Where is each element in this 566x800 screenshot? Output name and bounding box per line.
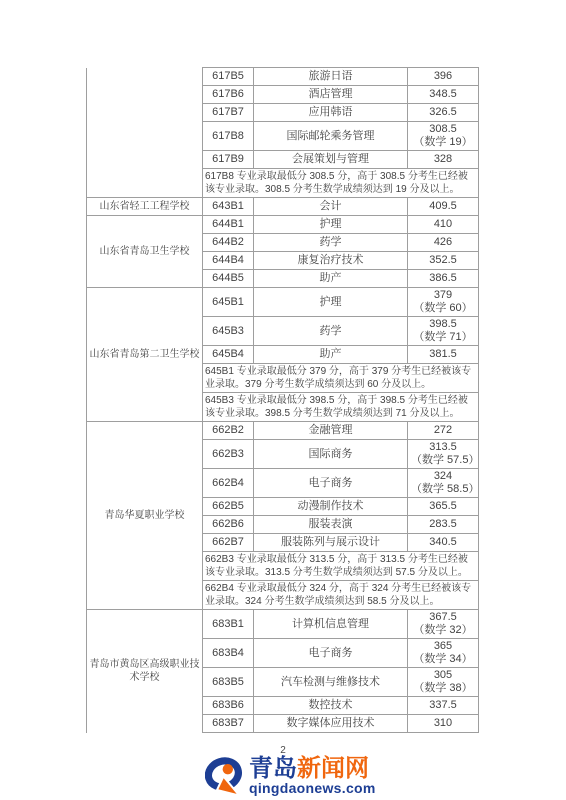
score-cell: 379（数学 60） xyxy=(408,288,479,317)
major-cell: 服装表演 xyxy=(254,516,408,534)
code-cell: 683B7 xyxy=(203,715,254,733)
qingdaonews-logo: 青岛新闻网 qingdaonews.com xyxy=(205,756,376,800)
score-cell: 426 xyxy=(408,234,479,252)
score-table-body: 617B5旅游日语396617B6酒店管理348.5617B7应用韩语326.5… xyxy=(87,68,479,733)
score-math-requirement: （数学 60） xyxy=(411,302,475,315)
code-cell: 683B1 xyxy=(203,610,254,639)
code-cell: 617B5 xyxy=(203,68,254,86)
table-row: 山东省青岛卫生学校644B1护理410 xyxy=(87,216,479,234)
note-cell: 645B1 专业录取最低分 379 分，高于 379 分考生已经被该专业录取。3… xyxy=(203,364,479,393)
score-value: 348.5 xyxy=(411,88,475,101)
code-cell: 644B4 xyxy=(203,252,254,270)
code-cell: 645B3 xyxy=(203,317,254,346)
score-value: 396 xyxy=(411,70,475,83)
score-cell: 272 xyxy=(408,422,479,440)
major-cell: 国际邮轮乘务管理 xyxy=(254,122,408,151)
logo-text: 青岛新闻网 qingdaonews.com xyxy=(249,756,376,796)
school-name-cell: 山东省青岛第二卫生学校 xyxy=(87,288,203,422)
logo-title-cn-orange: 新闻网 xyxy=(297,755,369,782)
major-cell: 助产 xyxy=(254,346,408,364)
note-cell: 617B8 专业录取最低分 308.5 分，高于 308.5 分考生已经被该专业… xyxy=(203,169,479,198)
major-cell: 数控技术 xyxy=(254,697,408,715)
school-name-cell xyxy=(87,68,203,198)
score-math-requirement: （数学 34） xyxy=(411,653,475,666)
score-cell: 326.5 xyxy=(408,104,479,122)
document-page: 617B5旅游日语396617B6酒店管理348.5617B7应用韩语326.5… xyxy=(0,0,566,800)
score-math-requirement: （数学 58.5） xyxy=(411,483,475,496)
table-row: 山东省轻工工程学校643B1会计409.5 xyxy=(87,198,479,216)
major-cell: 药学 xyxy=(254,234,408,252)
score-cell: 348.5 xyxy=(408,86,479,104)
note-cell: 645B3 专业录取最低分 398.5 分，高于 398.5 分考生已经被该专业… xyxy=(203,393,479,422)
major-cell: 酒店管理 xyxy=(254,86,408,104)
code-cell: 644B2 xyxy=(203,234,254,252)
score-cell: 310 xyxy=(408,715,479,733)
major-cell: 国际商务 xyxy=(254,440,408,469)
code-cell: 662B5 xyxy=(203,498,254,516)
code-cell: 617B6 xyxy=(203,86,254,104)
code-cell: 683B5 xyxy=(203,668,254,697)
major-cell: 数字媒体应用技术 xyxy=(254,715,408,733)
score-math-requirement: （数学 19） xyxy=(411,136,475,149)
score-cell: 305（数学 38） xyxy=(408,668,479,697)
score-value: 381.5 xyxy=(411,348,475,361)
score-cell: 365（数学 34） xyxy=(408,639,479,668)
major-cell: 护理 xyxy=(254,288,408,317)
code-cell: 683B4 xyxy=(203,639,254,668)
table-row: 617B5旅游日语396 xyxy=(87,68,479,86)
score-cell: 381.5 xyxy=(408,346,479,364)
score-cell: 328 xyxy=(408,151,479,169)
score-cell: 313.5（数学 57.5） xyxy=(408,440,479,469)
logo-title: 青岛新闻网 xyxy=(249,756,376,782)
code-cell: 644B1 xyxy=(203,216,254,234)
score-cell: 340.5 xyxy=(408,534,479,552)
code-cell: 644B5 xyxy=(203,270,254,288)
school-name-cell: 青岛华夏职业学校 xyxy=(87,422,203,610)
major-cell: 旅游日语 xyxy=(254,68,408,86)
q-dot xyxy=(223,764,233,774)
score-cell: 352.5 xyxy=(408,252,479,270)
major-cell: 计算机信息管理 xyxy=(254,610,408,639)
score-cell: 365.5 xyxy=(408,498,479,516)
major-cell: 应用韩语 xyxy=(254,104,408,122)
score-cell: 398.5（数学 71） xyxy=(408,317,479,346)
score-value: 272 xyxy=(411,424,475,437)
score-value: 409.5 xyxy=(411,200,475,213)
score-value: 305 xyxy=(411,669,475,682)
major-cell: 会计 xyxy=(254,198,408,216)
score-value: 398.5 xyxy=(411,318,475,331)
code-cell: 662B2 xyxy=(203,422,254,440)
score-cell: 337.5 xyxy=(408,697,479,715)
major-cell: 药学 xyxy=(254,317,408,346)
code-cell: 683B6 xyxy=(203,697,254,715)
score-cell: 410 xyxy=(408,216,479,234)
code-cell: 617B8 xyxy=(203,122,254,151)
code-cell: 662B3 xyxy=(203,440,254,469)
major-cell: 动漫制作技术 xyxy=(254,498,408,516)
school-name-cell: 青岛市黄岛区高级职业技术学校 xyxy=(87,610,203,733)
note-cell: 662B4 专业录取最低分 324 分，高于 324 分考生已经被该专业录取。3… xyxy=(203,581,479,610)
score-value: 340.5 xyxy=(411,536,475,549)
code-cell: 617B7 xyxy=(203,104,254,122)
score-value: 365 xyxy=(411,640,475,653)
score-cell: 396 xyxy=(408,68,479,86)
major-cell: 汽车检测与维修技术 xyxy=(254,668,408,697)
major-cell: 电子商务 xyxy=(254,469,408,498)
score-value: 313.5 xyxy=(411,441,475,454)
code-cell: 645B1 xyxy=(203,288,254,317)
major-cell: 康复治疗技术 xyxy=(254,252,408,270)
score-math-requirement: （数学 71） xyxy=(411,331,475,344)
admission-score-table: 617B5旅游日语396617B6酒店管理348.5617B7应用韩语326.5… xyxy=(86,67,479,733)
major-cell: 会展策划与管理 xyxy=(254,151,408,169)
score-value: 326.5 xyxy=(411,106,475,119)
score-value: 352.5 xyxy=(411,254,475,267)
table-row: 山东省青岛第二卫生学校645B1护理379（数学 60） xyxy=(87,288,479,317)
logo-domain: qingdaonews.com xyxy=(249,781,376,796)
score-value: 283.5 xyxy=(411,518,475,531)
score-cell: 367.5（数学 32） xyxy=(408,610,479,639)
logo-title-cn-blue: 青岛 xyxy=(249,755,297,782)
score-math-requirement: （数学 38） xyxy=(411,682,475,695)
table-row: 青岛华夏职业学校662B2金融管理272 xyxy=(87,422,479,440)
note-cell: 662B3 专业录取最低分 313.5 分，高于 313.5 分考生已经被该专业… xyxy=(203,552,479,581)
score-value: 337.5 xyxy=(411,699,475,712)
code-cell: 643B1 xyxy=(203,198,254,216)
score-cell: 409.5 xyxy=(408,198,479,216)
score-cell: 308.5（数学 19） xyxy=(408,122,479,151)
score-value: 379 xyxy=(411,289,475,302)
code-cell: 662B7 xyxy=(203,534,254,552)
score-math-requirement: （数学 32） xyxy=(411,624,475,637)
score-value: 367.5 xyxy=(411,611,475,624)
school-name-cell: 山东省青岛卫生学校 xyxy=(87,216,203,288)
major-cell: 护理 xyxy=(254,216,408,234)
code-cell: 662B4 xyxy=(203,469,254,498)
code-cell: 662B6 xyxy=(203,516,254,534)
score-value: 410 xyxy=(411,218,475,231)
score-value: 324 xyxy=(411,470,475,483)
school-name-cell: 山东省轻工工程学校 xyxy=(87,198,203,216)
code-cell: 645B4 xyxy=(203,346,254,364)
score-value: 365.5 xyxy=(411,500,475,513)
score-value: 310 xyxy=(411,717,475,730)
major-cell: 助产 xyxy=(254,270,408,288)
major-cell: 服装陈列与展示设计 xyxy=(254,534,408,552)
qingdaonews-q-icon xyxy=(205,756,245,800)
score-cell: 283.5 xyxy=(408,516,479,534)
score-value: 426 xyxy=(411,236,475,249)
score-value: 328 xyxy=(411,153,475,166)
major-cell: 金融管理 xyxy=(254,422,408,440)
score-value: 386.5 xyxy=(411,272,475,285)
score-cell: 386.5 xyxy=(408,270,479,288)
code-cell: 617B9 xyxy=(203,151,254,169)
table-row: 青岛市黄岛区高级职业技术学校683B1计算机信息管理367.5（数学 32） xyxy=(87,610,479,639)
major-cell: 电子商务 xyxy=(254,639,408,668)
score-value: 308.5 xyxy=(411,123,475,136)
score-cell: 324（数学 58.5） xyxy=(408,469,479,498)
score-math-requirement: （数学 57.5） xyxy=(411,454,475,467)
